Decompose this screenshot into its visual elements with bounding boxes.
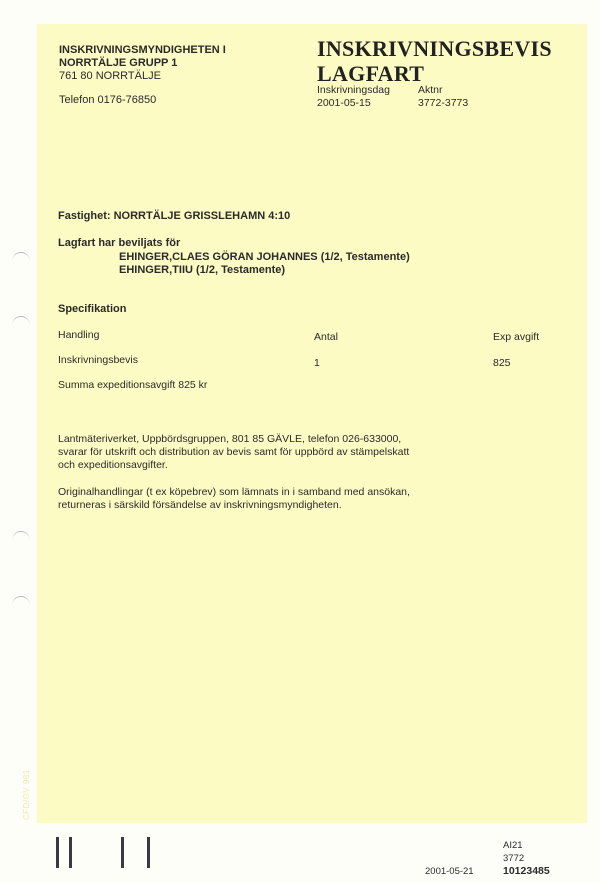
footer-reference: 10123485: [503, 865, 550, 877]
document-sheet: [37, 24, 587, 823]
column-header-handling: Handling: [58, 329, 99, 341]
aktnr-value: 3772-3773: [418, 97, 468, 109]
document-title: INSKRIVNINGSBEVIS: [317, 36, 552, 62]
barcode-mark: [69, 837, 72, 868]
punch-hole-mark: [12, 252, 30, 271]
notes-paragraph1-line1: Lantmäteriverket, Uppbördsgruppen, 801 8…: [58, 433, 401, 445]
table-cell-antal: 1: [314, 357, 320, 369]
sender-name-line1: INSKRIVNINGSMYNDIGHETEN I: [59, 44, 226, 56]
table-cell-handling: Inskrivningsbevis: [58, 354, 138, 366]
footer-code: AI21: [503, 840, 523, 851]
barcode-mark: [121, 837, 124, 868]
punch-hole-mark: [12, 531, 30, 550]
registration-date-value: 2001-05-15: [317, 97, 371, 109]
footer-number: 3772: [503, 853, 524, 864]
fee-total: Summa expeditionsavgift 825 kr: [58, 379, 207, 391]
registration-date-label: Inskrivningsdag: [317, 84, 390, 96]
sender-phone: Telefon 0176-76850: [59, 94, 156, 106]
barcode-mark: [147, 837, 150, 868]
property-designation: Fastighet: NORRTÄLJE GRISSLEHAMN 4:10: [58, 210, 290, 222]
owner-1: EHINGER,CLAES GÖRAN JOHANNES (1/2, Testa…: [119, 251, 410, 263]
form-code: CFD/OV 981: [22, 769, 31, 820]
notes-paragraph2-line1: Originalhandlingar (t ex köpebrev) som l…: [58, 486, 410, 498]
owner-2: EHINGER,TIIU (1/2, Testamente): [119, 264, 285, 276]
barcode-mark: [56, 837, 59, 868]
column-header-antal: Antal: [314, 331, 338, 343]
sender-address: 761 80 NORRTÄLJE: [59, 70, 161, 82]
specification-heading: Specifikation: [58, 303, 126, 315]
notes-paragraph1-line3: och expeditionsavgifter.: [58, 459, 168, 471]
sender-name-line2: NORRTÄLJE GRUPP 1: [59, 57, 177, 69]
notes-paragraph1-line2: svarar för utskrift och distribution av …: [58, 446, 409, 458]
punch-hole-mark: [12, 316, 30, 335]
table-cell-exp-avgift: 825: [493, 357, 511, 369]
grant-heading: Lagfart har beviljats för: [58, 237, 180, 249]
punch-hole-mark: [12, 596, 30, 615]
footer-date: 2001-05-21: [425, 866, 474, 877]
notes-paragraph2-line2: returneras i särskild försändelse av ins…: [58, 499, 342, 511]
column-header-exp-avgift: Exp avgift: [493, 331, 539, 343]
aktnr-label: Aktnr: [418, 84, 443, 96]
